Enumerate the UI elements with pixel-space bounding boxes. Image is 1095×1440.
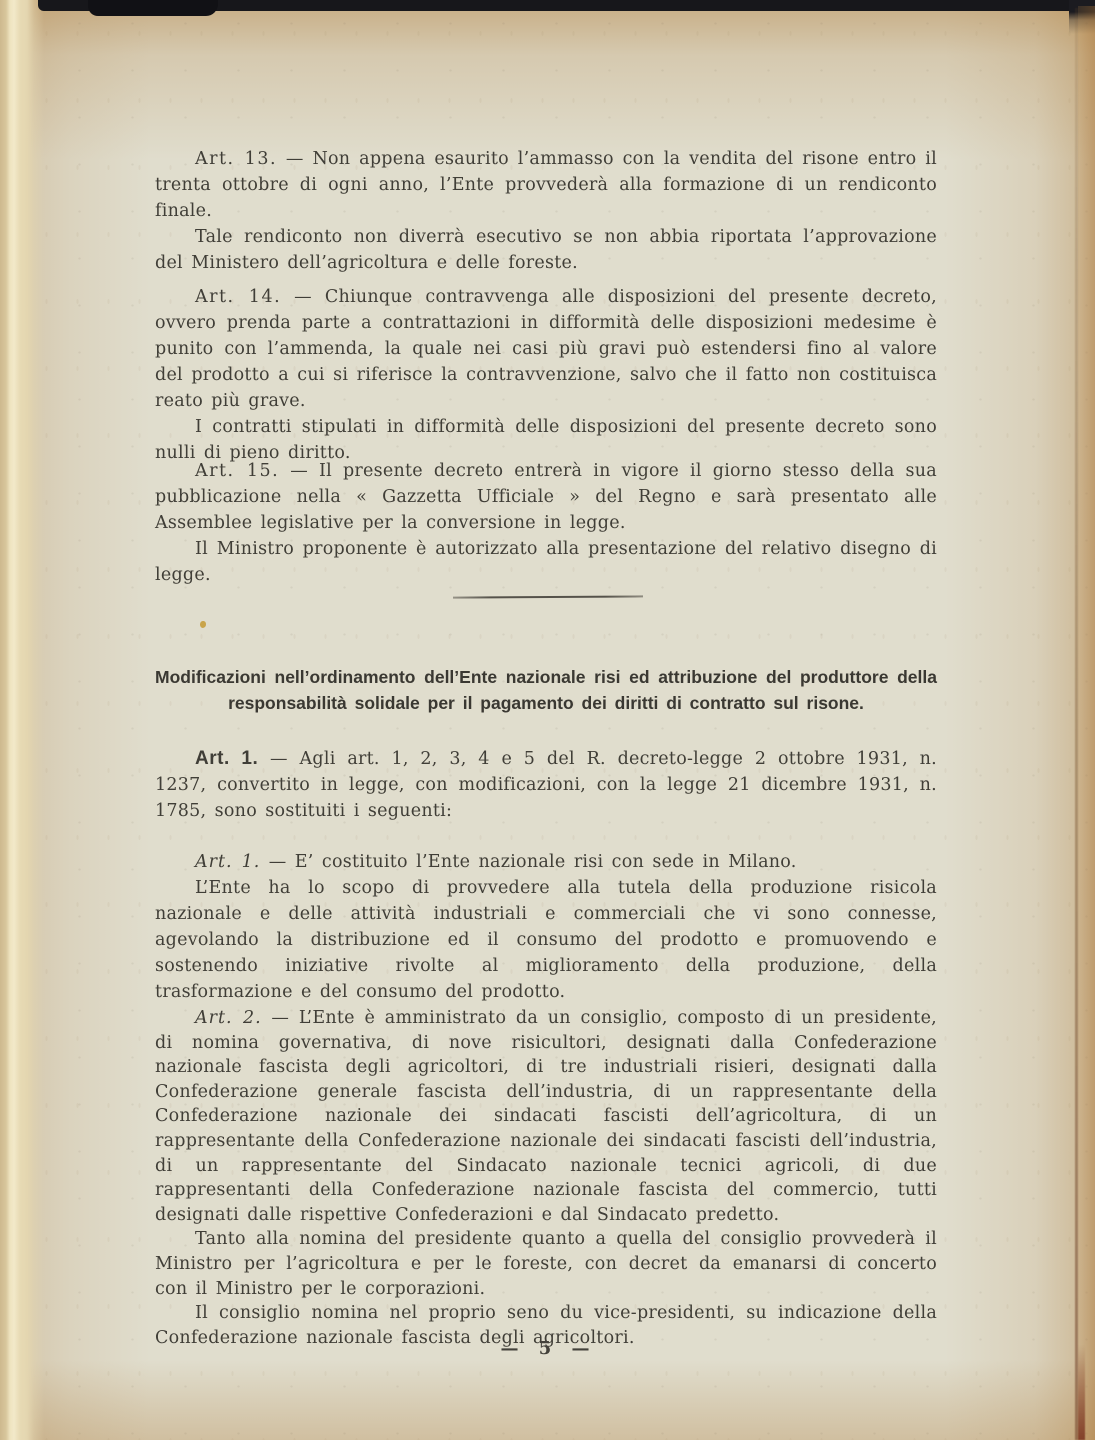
article-2-sub-label: Art. 2.: [195, 1008, 262, 1028]
article-13-label: Art. 13.: [195, 149, 277, 169]
book-page-stack-edge: [0, 0, 44, 1440]
article-1-main: Art. 1. — Agli art. 1, 2, 3, 4 e 5 del R…: [155, 746, 937, 824]
article-2-sub-text-2: Tanto alla nomina del presidente quanto …: [155, 1229, 937, 1298]
article-1-main-text-1: — Agli art. 1, 2, 3, 4 e 5 del R. decret…: [155, 749, 937, 821]
article-15-text-2: Il Ministro proponente è autorizzato all…: [155, 539, 937, 585]
article-1-main-paragraph-1: Art. 1. — Agli art. 1, 2, 3, 4 e 5 del R…: [155, 746, 937, 824]
article-2-sub-paragraph-1: Art. 2. — L’Ente è amministrato da un co…: [155, 1006, 937, 1227]
article-14: Art. 14. — Chiunque contravvenga alle di…: [155, 284, 937, 466]
article-15: Art. 15. — Il presente decreto entrerà i…: [155, 458, 937, 588]
page-right-edge: [1078, 6, 1095, 1440]
article-1-sub: Art. 1. — E’ costituito l’Ente nazionale…: [155, 849, 937, 1005]
text-column: Art. 13. — Non appena esaurito l’ammasso…: [155, 0, 937, 1440]
article-14-label: Art. 14.: [195, 287, 281, 307]
article-13-text-2: Tale rendiconto non diverrà esecutivo se…: [155, 227, 937, 273]
article-1-sub-text-1: — E’ costituito l’Ente nazionale risi co…: [269, 852, 797, 872]
article-15-paragraph-2: Il Ministro proponente è autorizzato all…: [155, 536, 937, 588]
article-2-sub: Art. 2. — L’Ente è amministrato da un co…: [155, 1006, 937, 1350]
article-1-sub-text-2: L’Ente ha lo scopo di provvedere alla tu…: [155, 878, 937, 1002]
scanned-page: Art. 13. — Non appena esaurito l’ammasso…: [0, 0, 1095, 1440]
bottom-right-mark: [1078, 1345, 1085, 1440]
section-heading: Modificazioni nell’ordinamento dell’Ente…: [155, 664, 937, 716]
article-1-sub-paragraph-2: L’Ente ha lo scopo di provvedere alla tu…: [155, 875, 937, 1005]
article-15-label: Art. 15.: [195, 461, 279, 481]
article-2-sub-paragraph-2: Tanto alla nomina del presidente quanto …: [155, 1227, 937, 1301]
article-2-sub-text-1: — L’Ente è amministrato da un consiglio,…: [155, 1008, 937, 1225]
article-14-paragraph-1: Art. 14. — Chiunque contravvenga alle di…: [155, 284, 937, 414]
page-number: — 5 —: [155, 1338, 937, 1359]
article-1-sub-label: Art. 1.: [195, 852, 260, 872]
article-14-text-2: I contratti stipulati in difformità dell…: [155, 417, 937, 463]
article-13-paragraph-2: Tale rendiconto non diverrà esecutivo se…: [155, 224, 937, 276]
article-13-paragraph-1: Art. 13. — Non appena esaurito l’ammasso…: [155, 146, 937, 224]
article-15-paragraph-1: Art. 15. — Il presente decreto entrerà i…: [155, 458, 937, 536]
article-1-main-label: Art. 1.: [195, 748, 258, 769]
article-1-sub-paragraph-1: Art. 1. — E’ costituito l’Ente nazionale…: [155, 849, 937, 875]
section-divider: [453, 595, 643, 598]
article-13: Art. 13. — Non appena esaurito l’ammasso…: [155, 146, 937, 276]
